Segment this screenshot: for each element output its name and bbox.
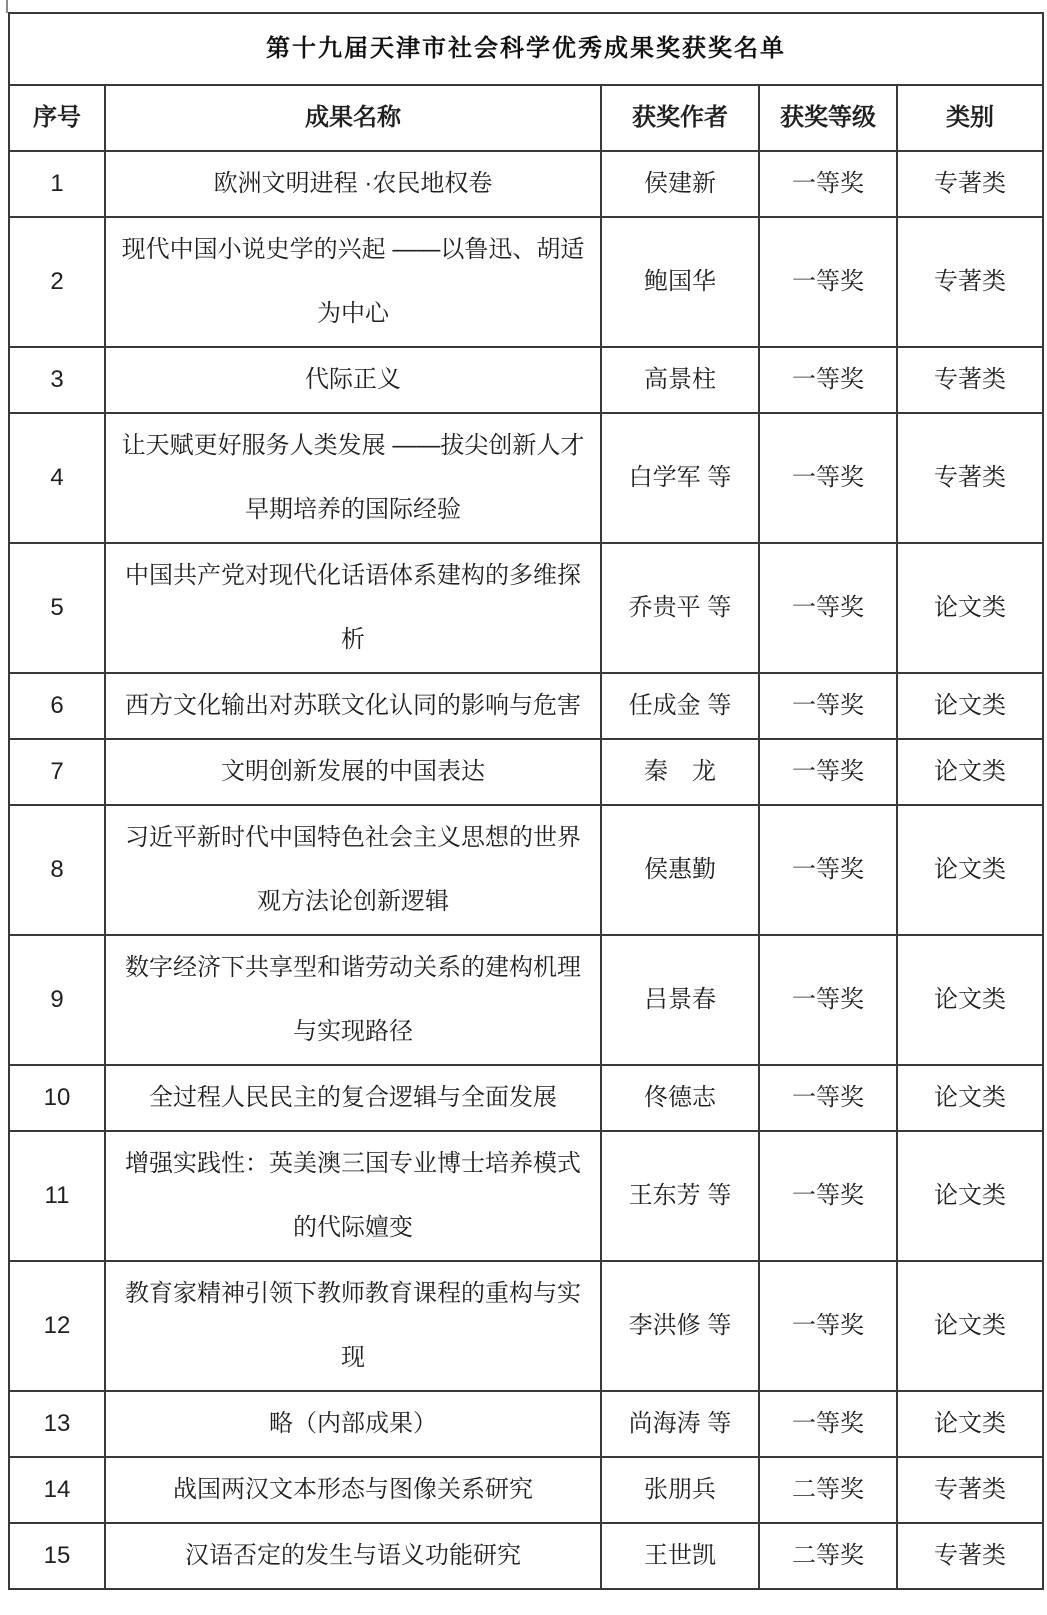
award-author: 秦 龙	[601, 739, 759, 805]
achievement-name: 让天赋更好服务人类发展 ——拔尖创新人才早期培养的国际经验	[105, 413, 601, 543]
award-grade: 一等奖	[759, 217, 897, 347]
award-author: 王东芳 等	[601, 1131, 759, 1261]
table-row: 12 教育家精神引领下教师教育课程的重构与实现 李洪修 等 一等奖 论文类	[9, 1261, 1043, 1391]
table-row: 13 略（内部成果） 尚海涛 等 一等奖 论文类	[9, 1391, 1043, 1457]
award-category: 论文类	[897, 1131, 1043, 1261]
table-row: 1 欧洲文明进程 ·农民地权卷 侯建新 一等奖 专著类	[9, 151, 1043, 217]
row-number: 8	[9, 805, 105, 935]
row-number: 13	[9, 1391, 105, 1457]
achievement-name: 汉语否定的发生与语义功能研究	[105, 1523, 601, 1589]
table-row: 8 习近平新时代中国特色社会主义思想的世界观方法论创新逻辑 侯惠勤 一等奖 论文…	[9, 805, 1043, 935]
award-grade: 一等奖	[759, 1065, 897, 1131]
award-category: 论文类	[897, 673, 1043, 739]
row-number: 14	[9, 1457, 105, 1523]
title-row: 第十九届天津市社会科学优秀成果奖获奖名单	[9, 13, 1043, 85]
award-grade: 一等奖	[759, 935, 897, 1065]
award-winners-table: 第十九届天津市社会科学优秀成果奖获奖名单 序号 成果名称 获奖作者 获奖等级 类…	[8, 12, 1044, 1590]
row-number: 7	[9, 739, 105, 805]
award-grade: 一等奖	[759, 1131, 897, 1261]
row-number: 15	[9, 1523, 105, 1589]
column-header-author: 获奖作者	[601, 85, 759, 151]
table-row: 5 中国共产党对现代化话语体系建构的多维探析 乔贵平 等 一等奖 论文类	[9, 543, 1043, 673]
award-author: 鲍国华	[601, 217, 759, 347]
table-row: 7 文明创新发展的中国表达 秦 龙 一等奖 论文类	[9, 739, 1043, 805]
achievement-name: 教育家精神引领下教师教育课程的重构与实现	[105, 1261, 601, 1391]
table-header-row: 序号 成果名称 获奖作者 获奖等级 类别	[9, 85, 1043, 151]
award-author: 吕景春	[601, 935, 759, 1065]
column-header-category: 类别	[897, 85, 1043, 151]
award-category: 论文类	[897, 1261, 1043, 1391]
award-author: 白学军 等	[601, 413, 759, 543]
achievement-name: 数字经济下共享型和谐劳动关系的建构机理与实现路径	[105, 935, 601, 1065]
achievement-name: 习近平新时代中国特色社会主义思想的世界观方法论创新逻辑	[105, 805, 601, 935]
table-row: 10 全过程人民民主的复合逻辑与全面发展 佟德志 一等奖 论文类	[9, 1065, 1043, 1131]
achievement-name: 西方文化输出对苏联文化认同的影响与危害	[105, 673, 601, 739]
award-author: 侯惠勤	[601, 805, 759, 935]
achievement-name: 战国两汉文本形态与图像关系研究	[105, 1457, 601, 1523]
award-category: 专著类	[897, 217, 1043, 347]
table-row: 11 增强实践性：英美澳三国专业博士培养模式的代际嬗变 王东芳 等 一等奖 论文…	[9, 1131, 1043, 1261]
row-number: 4	[9, 413, 105, 543]
award-category: 论文类	[897, 543, 1043, 673]
achievement-name: 略（内部成果）	[105, 1391, 601, 1457]
award-grade: 一等奖	[759, 1391, 897, 1457]
award-author: 乔贵平 等	[601, 543, 759, 673]
award-author: 高景柱	[601, 347, 759, 413]
award-category: 专著类	[897, 1523, 1043, 1589]
award-grade: 一等奖	[759, 543, 897, 673]
column-header-grade: 获奖等级	[759, 85, 897, 151]
achievement-name: 文明创新发展的中国表达	[105, 739, 601, 805]
award-category: 论文类	[897, 805, 1043, 935]
table-row: 2 现代中国小说史学的兴起 ——以鲁迅、胡适为中心 鲍国华 一等奖 专著类	[9, 217, 1043, 347]
achievement-name: 代际正义	[105, 347, 601, 413]
row-number: 2	[9, 217, 105, 347]
table-row: 15 汉语否定的发生与语义功能研究 王世凯 二等奖 专著类	[9, 1523, 1043, 1589]
award-grade: 一等奖	[759, 1261, 897, 1391]
award-category: 专著类	[897, 413, 1043, 543]
achievement-name: 中国共产党对现代化话语体系建构的多维探析	[105, 543, 601, 673]
award-author: 李洪修 等	[601, 1261, 759, 1391]
column-header-no: 序号	[9, 85, 105, 151]
award-grade: 一等奖	[759, 739, 897, 805]
row-number: 11	[9, 1131, 105, 1261]
table-row: 9 数字经济下共享型和谐劳动关系的建构机理与实现路径 吕景春 一等奖 论文类	[9, 935, 1043, 1065]
column-header-name: 成果名称	[105, 85, 601, 151]
award-category: 专著类	[897, 151, 1043, 217]
award-grade: 二等奖	[759, 1457, 897, 1523]
row-number: 1	[9, 151, 105, 217]
award-author: 侯建新	[601, 151, 759, 217]
document-page: 第十九届天津市社会科学优秀成果奖获奖名单 序号 成果名称 获奖作者 获奖等级 类…	[0, 0, 1047, 1615]
award-category: 专著类	[897, 347, 1043, 413]
award-author: 佟德志	[601, 1065, 759, 1131]
achievement-name: 现代中国小说史学的兴起 ——以鲁迅、胡适为中心	[105, 217, 601, 347]
award-grade: 一等奖	[759, 413, 897, 543]
table-row: 3 代际正义 高景柱 一等奖 专著类	[9, 347, 1043, 413]
table-row: 14 战国两汉文本形态与图像关系研究 张朋兵 二等奖 专著类	[9, 1457, 1043, 1523]
row-number: 6	[9, 673, 105, 739]
award-grade: 一等奖	[759, 805, 897, 935]
award-grade: 一等奖	[759, 673, 897, 739]
award-author: 任成金 等	[601, 673, 759, 739]
award-author: 尚海涛 等	[601, 1391, 759, 1457]
award-grade: 一等奖	[759, 151, 897, 217]
row-number: 5	[9, 543, 105, 673]
row-number: 9	[9, 935, 105, 1065]
page-title: 第十九届天津市社会科学优秀成果奖获奖名单	[9, 13, 1043, 85]
achievement-name: 全过程人民民主的复合逻辑与全面发展	[105, 1065, 601, 1131]
table-row: 6 西方文化输出对苏联文化认同的影响与危害 任成金 等 一等奖 论文类	[9, 673, 1043, 739]
award-category: 论文类	[897, 1065, 1043, 1131]
award-author: 王世凯	[601, 1523, 759, 1589]
award-grade: 一等奖	[759, 347, 897, 413]
award-category: 论文类	[897, 739, 1043, 805]
award-category: 论文类	[897, 1391, 1043, 1457]
row-number: 10	[9, 1065, 105, 1131]
row-number: 12	[9, 1261, 105, 1391]
row-number: 3	[9, 347, 105, 413]
award-category: 专著类	[897, 1457, 1043, 1523]
achievement-name: 增强实践性：英美澳三国专业博士培养模式的代际嬗变	[105, 1131, 601, 1261]
award-category: 论文类	[897, 935, 1043, 1065]
table-row: 4 让天赋更好服务人类发展 ——拔尖创新人才早期培养的国际经验 白学军 等 一等…	[9, 413, 1043, 543]
award-grade: 二等奖	[759, 1523, 897, 1589]
achievement-name: 欧洲文明进程 ·农民地权卷	[105, 151, 601, 217]
award-author: 张朋兵	[601, 1457, 759, 1523]
